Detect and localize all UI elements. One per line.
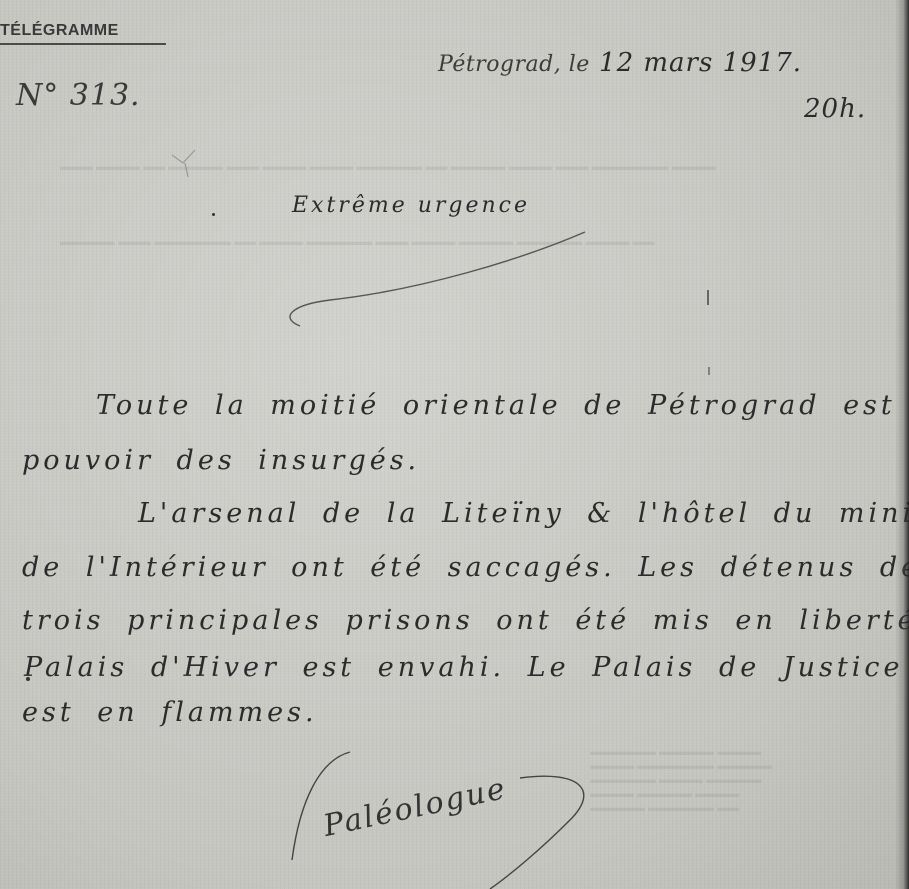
ink-mark [172,150,195,177]
page-edge-shadow [895,0,909,889]
ink-dot [26,677,30,681]
ink-dot [212,213,215,216]
signature-flourish [292,752,584,889]
pen-strokes [0,0,909,889]
underline-flourish [290,232,585,326]
